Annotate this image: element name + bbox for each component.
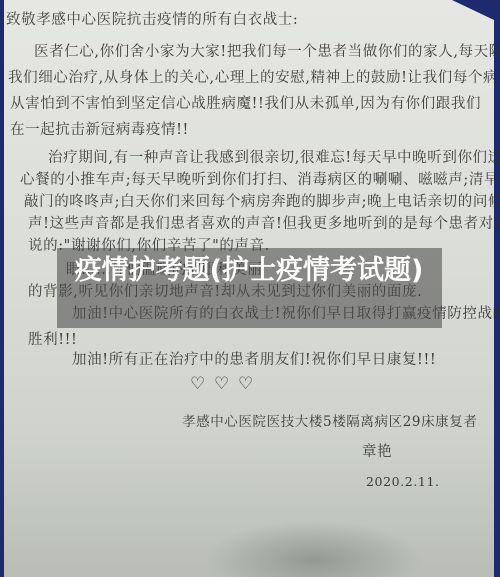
letter-line: 在一起抗击新冠病毒疫情!! bbox=[10, 118, 189, 139]
letter-line: 治疗期间,有一种声音让我感到很亲切,很难忘!每天早中晚听到你们送爱 bbox=[48, 146, 500, 167]
signature-date: 2020.2.11. bbox=[366, 474, 440, 489]
letter-line: 加油!所有正在治疗中的患者朋友们!祝你们早日康复!!! bbox=[72, 348, 436, 369]
letter-line: 敲门的咚咚声;白天你们来回每个病房奔跑的脚步声;晚上电话亲切的问候 bbox=[24, 190, 500, 211]
heart-icon: ♡ bbox=[214, 376, 230, 392]
hearts-row: ♡ ♡ ♡ bbox=[190, 376, 254, 392]
signature-location: 孝感中心医院医技大楼5楼隔离病区29床康复者 bbox=[182, 410, 477, 430]
letter-salutation: 致敬孝感中心医院抗击疫情的所有白衣战士: bbox=[6, 8, 298, 29]
letter-line: 胜利!!! bbox=[28, 328, 77, 349]
title-overlay: 疫情护考题(护士疫情考试题) bbox=[57, 248, 442, 328]
overlay-title: 疫情护考题(护士疫情考试题) bbox=[69, 254, 429, 287]
signature-name: 章艳 bbox=[362, 440, 392, 461]
heart-icon: ♡ bbox=[238, 376, 254, 392]
letter-line: 医者仁心,你们舍小家为大家!把我们每一个患者当做你们的家人,每天除了给 bbox=[34, 40, 500, 61]
letter-line: 我们细心治疗,从身体上的关心,心理上的安慰,精神上的鼓励!让我们每个病人 bbox=[8, 66, 500, 87]
letter-line: 从害怕到不害怕到坚定信心战胜病魔!!我们从未孤单,因为有你们跟我们 bbox=[10, 92, 481, 113]
letter-line: 声!这些声音都是我们患者喜欢的声音!但我更多地听到的是每个患者对你们 bbox=[28, 212, 500, 233]
letter-photo: 致敬孝感中心医院抗击疫情的所有白衣战士: 医者仁心,你们舍小家为大家!把我们每一… bbox=[0, 0, 500, 577]
letter-line: 心餐的小推车声;每天早晚听到你们打扫、消毒病区的唰唰、嗞嗞声;清早查房 bbox=[20, 168, 500, 189]
heart-icon: ♡ bbox=[190, 376, 206, 392]
